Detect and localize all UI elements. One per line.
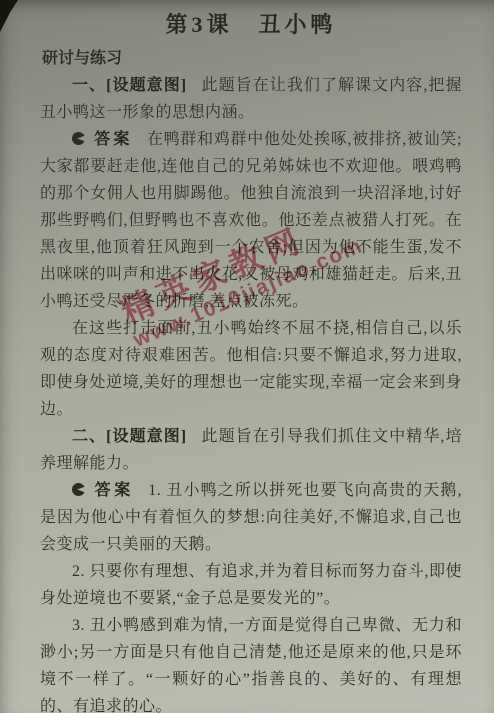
section-label: 研讨与练习 (42, 45, 462, 68)
page-content: 第3课 丑小鸭 研讨与练习 一、[设题意图]此题旨在让我们了解课文内容,把握丑小… (0, 0, 494, 713)
q2-intent-label: 二、[设题意图] (72, 428, 187, 445)
q2-answer-label: 答案 (94, 482, 134, 499)
q1-intent-paragraph: 一、[设题意图]此题旨在让我们了解课文内容,把握丑小鸭这一形象的思想内涵。 (40, 72, 462, 126)
q1-intent-label: 一、[设题意图] (72, 77, 187, 94)
q2-answer-paragraph-2: 2. 只要你有理想、有追求,并为着目标而努力奋斗,即使身处逆境也不要紧,“金子总… (40, 558, 462, 612)
q1-answer-paragraph: 答案在鸭群和鸡群中他处处挨啄,被排挤,被讪笑;大家都要赶走他,连他自己的兄弟姊妹… (40, 126, 462, 315)
q2-answer-paragraph-3: 3. 丑小鸭感到难为情,一方面是觉得自己卑微、无力和渺小;另一方面是只有他自己清… (40, 612, 462, 713)
answer-bullet-icon (72, 483, 85, 496)
q1-answer-text: 在鸭群和鸡群中他处处挨啄,被排挤,被讪笑;大家都要赶走他,连他自己的兄弟姊妹也不… (40, 131, 462, 310)
q2-answer-paragraph-1: 答案1. 丑小鸭之所以拼死也要飞向高贵的天鹅,是因为他心中有着恒久的梦想:向往美… (40, 477, 462, 558)
book-page-photo: 第3课 丑小鸭 研讨与练习 一、[设题意图]此题旨在让我们了解课文内容,把握丑小… (0, 0, 494, 713)
q2-intent-paragraph: 二、[设题意图]此题旨在引导我们抓住文中精华,培养理解能力。 (40, 423, 462, 477)
q1-answer-paragraph-2: 在这些打击面前,丑小鸭始终不屈不挠,相信自己,以乐观的态度对待艰难困苦。他相信:… (40, 315, 462, 423)
answer-bullet-icon (72, 132, 85, 145)
lesson-title: 第3课 丑小鸭 (40, 8, 462, 39)
q1-answer-label: 答案 (94, 131, 133, 148)
